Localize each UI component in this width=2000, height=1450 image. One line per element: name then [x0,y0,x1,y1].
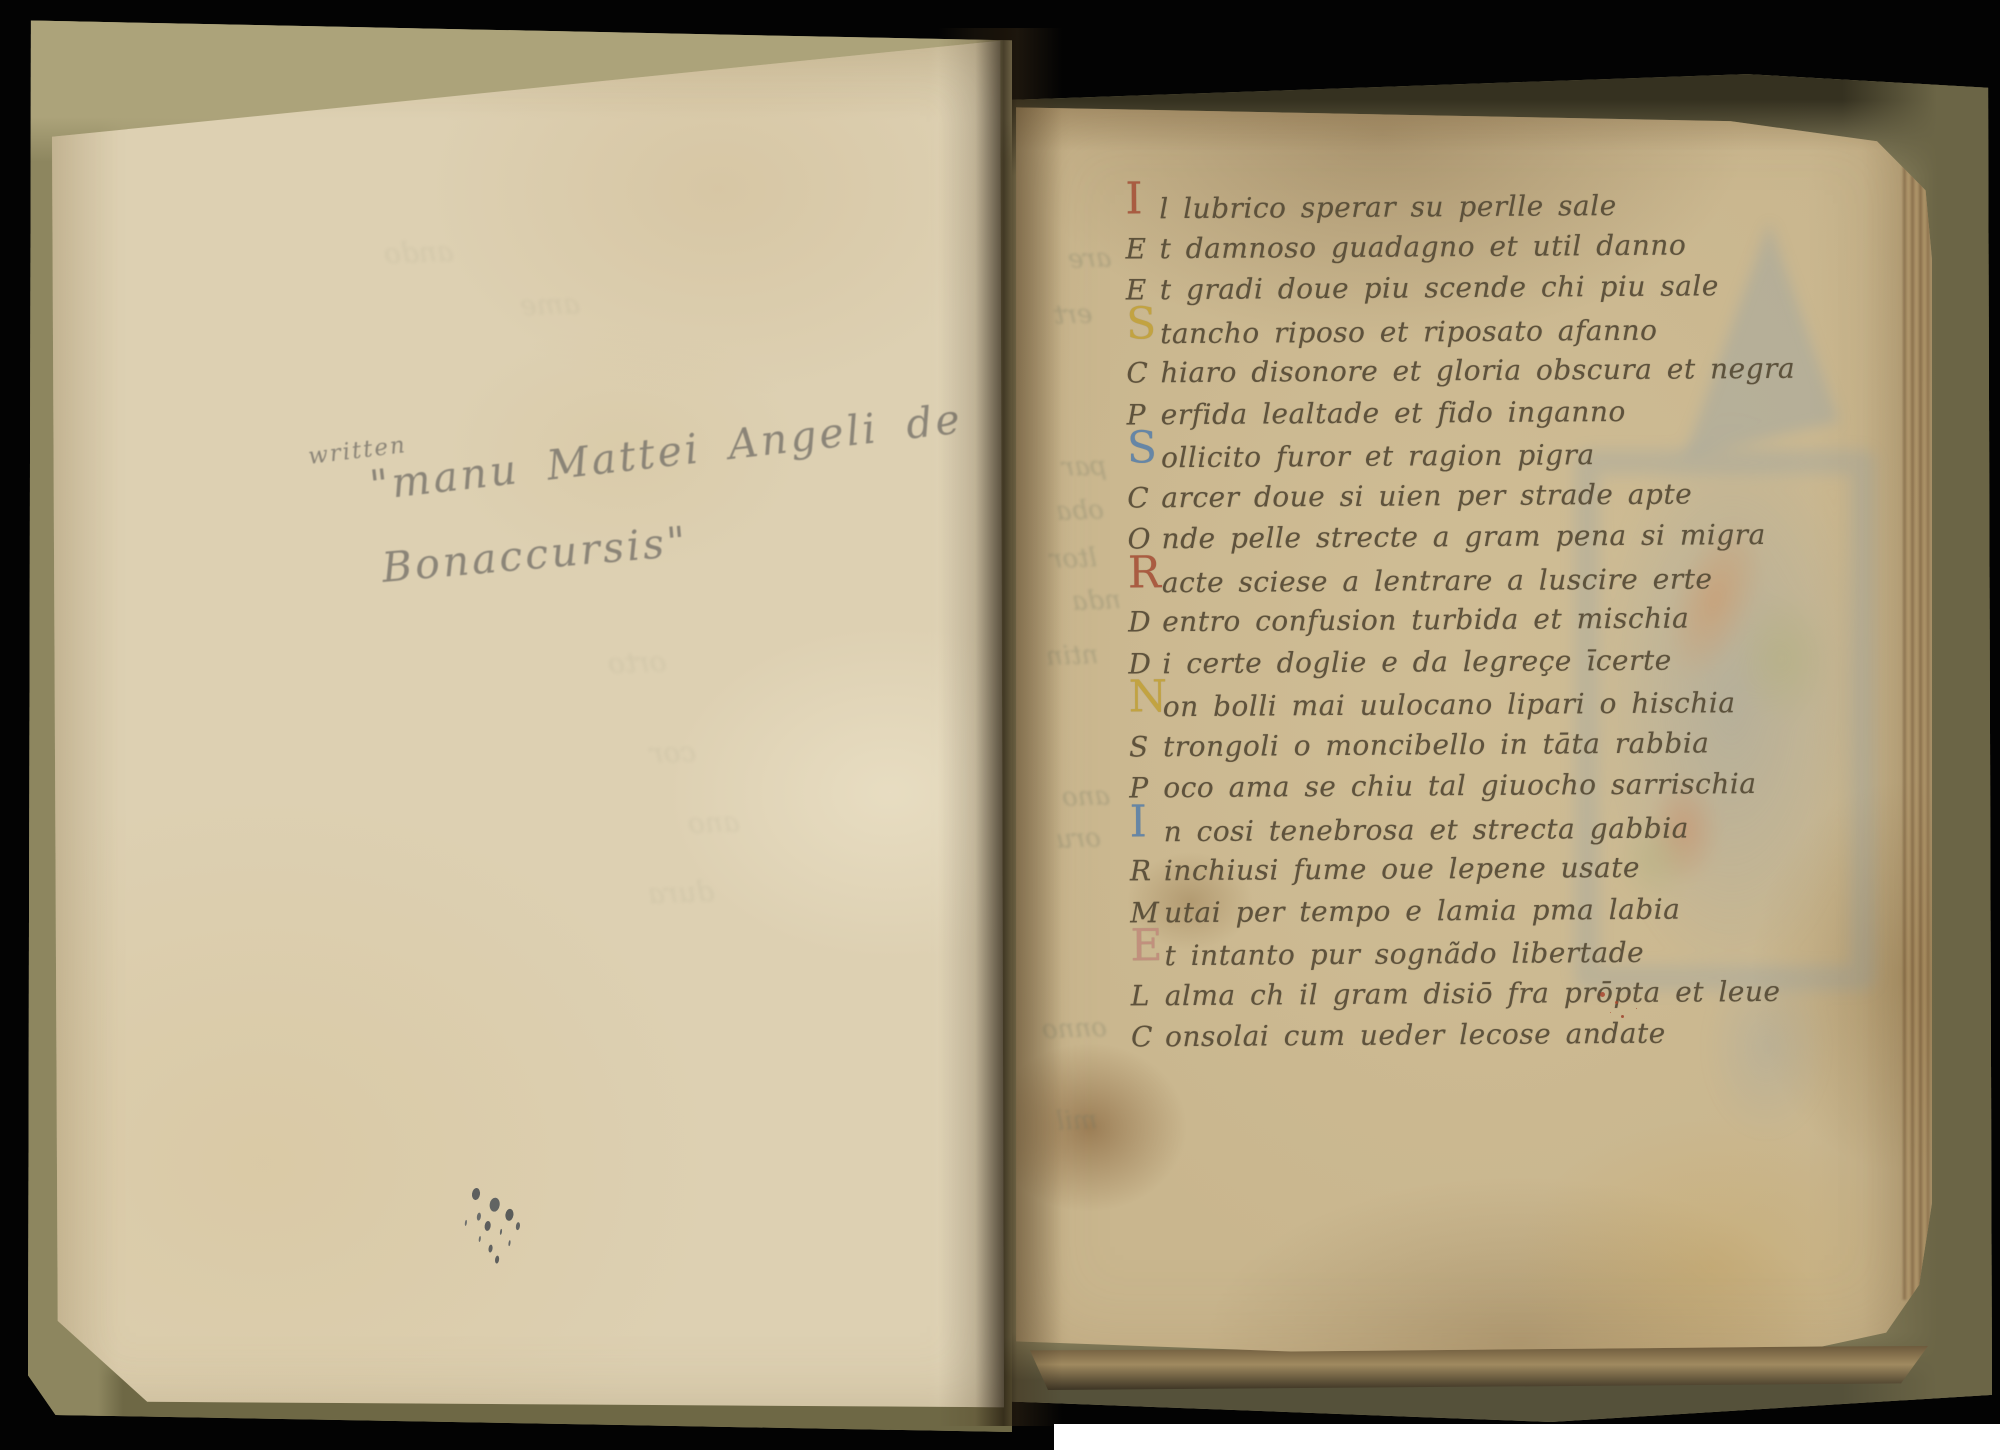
poem-line: Et intanto pur sognãdo libertade [1130,934,1644,973]
showthrough-fragment: oru [1055,823,1101,855]
line-text: utai per tempo e lamia pma labia [1164,892,1680,929]
line-text: arcer doue si uien per strade apte [1161,477,1692,514]
poem-line: Perfida lealtade et fido inganno [1127,394,1626,430]
poem-line: Carcer doue si uien per strade apte [1127,477,1692,514]
line-initial: S [1126,310,1160,338]
line-text: entro confusion turbida et mischia [1162,602,1689,639]
line-initial: R [1130,854,1164,887]
poem-line: Non bolli mai uulocano lipari o hischia [1129,684,1736,723]
line-text: alma ch il gram disiō fra prōpta et leue [1165,974,1781,1011]
poem-line: Sollicito furor et ragion pigra [1127,436,1595,474]
showthrough-fragment: dura [647,875,714,910]
scanner-white-strip [1054,1424,2000,1450]
poem-line: Chiaro disonore et gloria obscura et neg… [1126,352,1795,390]
line-initial: I [1125,185,1159,213]
showthrough-fragment: nda [1071,585,1121,617]
red-ink-specks [1600,992,1605,997]
showthrough-fragment: orto [607,645,666,680]
line-text: t damnoso guadagno et util danno [1159,228,1686,265]
poem-line: In cosi tenebrosa et strecta gabbia [1130,809,1689,848]
showthrough-fragment: par [1061,451,1107,483]
line-text: oco ama se chiu tal giuocho sarrischia [1163,767,1756,804]
line-initial: S [1127,434,1161,462]
showthrough-fragment: ano [687,805,740,840]
poem-line: Il lubrico sperar su perlle sale [1125,187,1617,225]
line-text: nde pelle strecte a gram pena si migra [1161,518,1765,555]
showthrough-fragment: ltor [1049,543,1097,575]
showthrough-fragment: ntin [1045,640,1098,672]
line-initial: C [1131,1020,1165,1053]
line-text: i certe doglie e da legreçe īcerte [1162,643,1671,680]
line-text: t intanto pur sognãdo libertade [1164,936,1644,972]
line-text: n cosi tenebrosa et strecta gabbia [1164,811,1689,848]
showthrough-fragment: cor [649,735,696,770]
line-initial: N [1129,683,1163,711]
showthrough-fragment: ert [1053,299,1092,330]
line-initial: E [1125,232,1159,265]
line-initial: C [1126,356,1160,389]
line-text: erfida lealtade et fido inganno [1161,394,1626,430]
pencil-inscription-line-2: Bonaccursis" [380,517,691,592]
line-initial: L [1131,979,1165,1012]
left-flyleaf-page: written "manu Mattei Angeli de Bonaccurs… [52,38,1004,1410]
page-stack-bottom-edge [1030,1346,1928,1390]
poem-line: Rinchiusi fume oue lepene usate [1130,851,1640,888]
showthrough-fragment: oba [1055,495,1104,527]
showthrough-fragment: ano [1061,781,1110,813]
poem-line: Di certe doglie e da legreçe īcerte [1128,643,1671,680]
line-initial: C [1127,481,1161,514]
line-text: onsolai cum ueder lecose andate [1165,1017,1666,1053]
ink-splatter [471,1188,481,1201]
poem-line: Et damnoso guadagno et util danno [1125,228,1686,265]
line-text: tancho riposo et riposato afanno [1160,313,1658,349]
line-initial: I [1129,808,1163,836]
line-initial: R [1128,559,1162,587]
showthrough-fragment: are [1067,243,1111,274]
poem-line: Mutai per tempo e lamia pma labia [1130,892,1680,929]
line-text: trongoli o moncibello in tāta rabbia [1163,726,1710,763]
line-text: on bolli mai uulocano lipari o hischia [1163,686,1736,723]
poem-line: Dentro confusion turbida et mischia [1128,602,1689,639]
poem-line: Et gradi doue piu scende chi piu sale [1126,269,1719,306]
poem-line: Poco ama se chiu tal giuocho sarrischia [1129,767,1756,804]
line-initial: S [1129,730,1163,763]
poem-line: Stancho riposo et riposato afanno [1126,311,1658,350]
poem-line: Consolai cum ueder lecose andate [1131,1017,1666,1054]
line-text: hiaro disonore et gloria obscura et negr… [1160,352,1795,389]
pencil-inscription-line-1: "manu Mattei Angeli de [367,395,965,510]
line-initial: D [1128,605,1162,638]
poem-line: Onde pelle strecte a gram pena si migra [1127,518,1765,555]
line-initial: E [1130,932,1164,960]
showthrough-fragment: ando [383,235,454,270]
showthrough-fragment: onno [1041,1013,1107,1045]
line-text: l lubrico sperar su perlle sale [1159,189,1617,225]
line-text: ollicito furor et ragion pigra [1161,438,1595,474]
poem-line: Lalma ch il gram disiō fra prōpta et leu… [1131,974,1781,1012]
line-text: t gradi doue piu scende chi piu sale [1160,269,1719,306]
showthrough-fragment: ame [519,287,580,322]
open-manuscript-photo: written "manu Mattei Angeli de Bonaccurs… [0,0,2000,1450]
page-deckle-edges [1903,150,1929,1300]
right-manuscript-page: areertparobaltorndantinanooruonnomil Il … [1016,96,1932,1354]
line-text: inchiusi fume oue lepene usate [1164,851,1640,887]
line-text: acte sciese a lentrare a luscire erte [1162,562,1713,599]
poem-line: Strongoli o moncibello in tāta rabbia [1129,726,1710,763]
showthrough-fragment: mil [1055,1105,1097,1136]
poem-line: Racte sciese a lentrare a luscire erte [1128,560,1713,599]
poem-text-block: Il lubrico sperar su perlle saleEt damno… [1125,94,1832,1099]
